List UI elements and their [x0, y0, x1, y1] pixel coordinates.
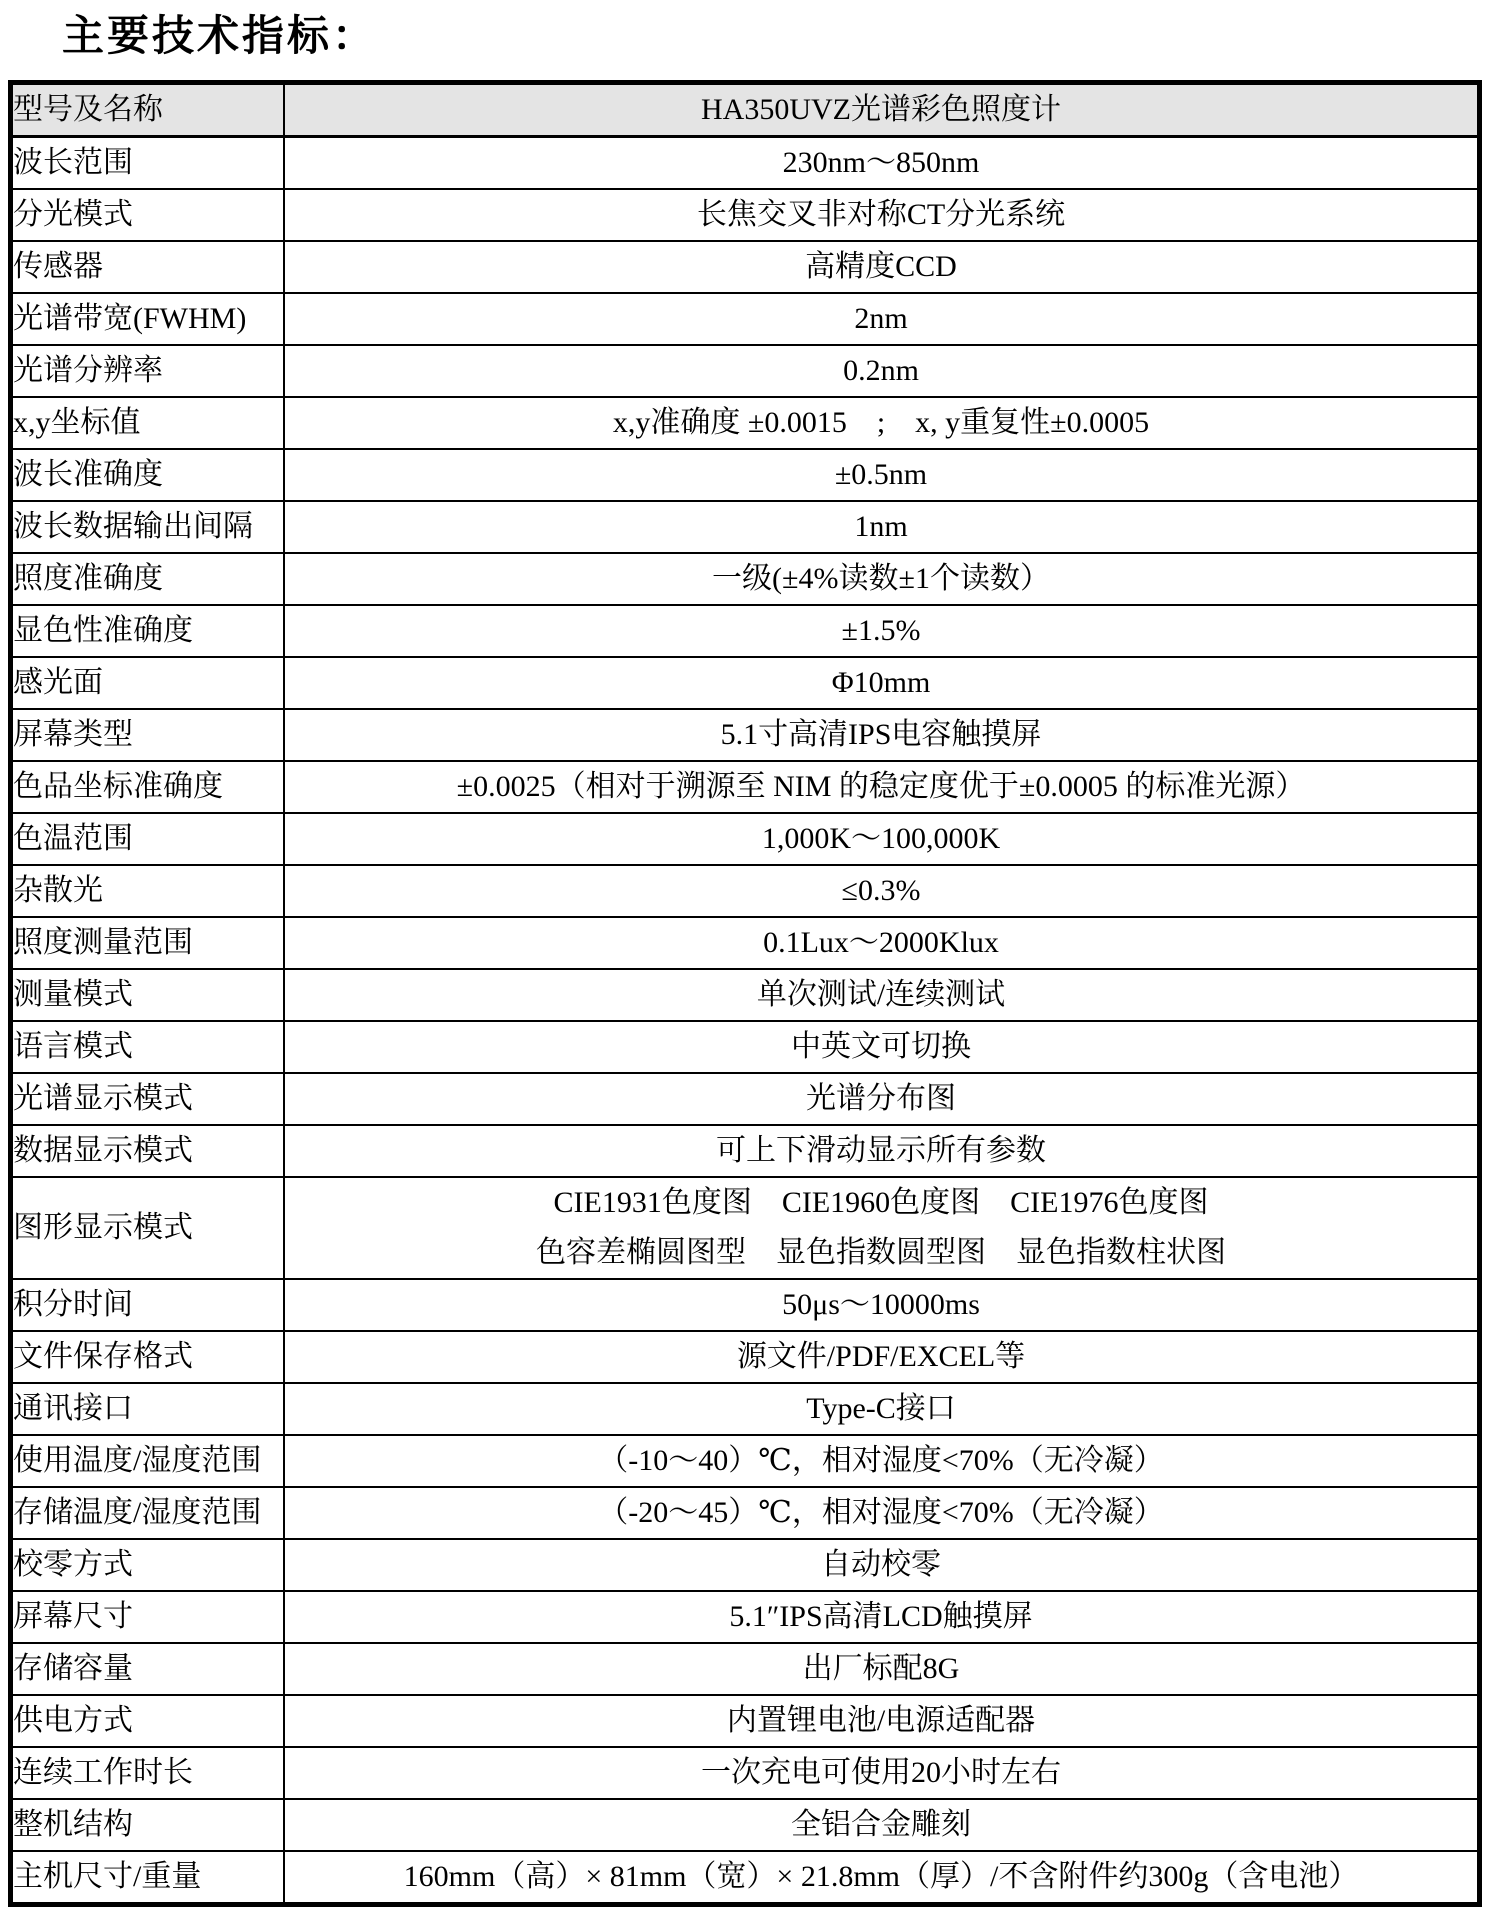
spec-label: 语言模式: [11, 1021, 285, 1073]
spec-value: 0.1Lux～2000Klux: [284, 917, 1480, 969]
table-row: 存储温度/湿度范围（-20～45）℃，相对湿度<70%（无冷凝）: [11, 1487, 1480, 1539]
spec-label: 杂散光: [11, 865, 285, 917]
spec-label: 色品坐标准确度: [11, 761, 285, 813]
table-row: 波长准确度±0.5nm: [11, 449, 1480, 501]
table-row: 传感器高精度CCD: [11, 241, 1480, 293]
spec-value: HA350UVZ光谱彩色照度计: [284, 83, 1480, 137]
spec-table: 型号及名称HA350UVZ光谱彩色照度计波长范围230nm～850nm分光模式长…: [8, 80, 1482, 1907]
spec-value: 可上下滑动显示所有参数: [284, 1125, 1480, 1177]
table-row: 杂散光≤0.3%: [11, 865, 1480, 917]
table-row: 感光面Φ10mm: [11, 657, 1480, 709]
spec-value: （-20～45）℃，相对湿度<70%（无冷凝）: [284, 1487, 1480, 1539]
spec-value: ±0.0025（相对于溯源至 NIM 的稳定度优于±0.0005 的标准光源）: [284, 761, 1480, 813]
spec-label: 存储温度/湿度范围: [11, 1487, 285, 1539]
spec-value: 230nm～850nm: [284, 137, 1480, 190]
spec-value: 自动校零: [284, 1539, 1480, 1591]
spec-label: 照度准确度: [11, 553, 285, 605]
spec-value: 1nm: [284, 501, 1480, 553]
table-row: 屏幕尺寸5.1″IPS高清LCD触摸屏: [11, 1591, 1480, 1643]
spec-label: 波长数据输出间隔: [11, 501, 285, 553]
table-row: 校零方式自动校零: [11, 1539, 1480, 1591]
table-row: 供电方式内置锂电池/电源适配器: [11, 1695, 1480, 1747]
spec-value: 160mm（高）× 81mm（宽）× 21.8mm（厚）/不含附件约300g（含…: [284, 1851, 1480, 1905]
spec-label: 屏幕尺寸: [11, 1591, 285, 1643]
spec-value: 2nm: [284, 293, 1480, 345]
spec-label: 校零方式: [11, 1539, 285, 1591]
spec-value: ±1.5%: [284, 605, 1480, 657]
spec-value: Type-C接口: [284, 1383, 1480, 1435]
spec-label: 光谱分辨率: [11, 345, 285, 397]
table-row: 主机尺寸/重量160mm（高）× 81mm（宽）× 21.8mm（厚）/不含附件…: [11, 1851, 1480, 1905]
table-row: 文件保存格式源文件/PDF/EXCEL等: [11, 1331, 1480, 1383]
spec-value: 5.1″IPS高清LCD触摸屏: [284, 1591, 1480, 1643]
spec-label: 光谱带宽(FWHM): [11, 293, 285, 345]
spec-value: Φ10mm: [284, 657, 1480, 709]
spec-label: 积分时间: [11, 1279, 285, 1331]
spec-label: 传感器: [11, 241, 285, 293]
spec-value: ±0.5nm: [284, 449, 1480, 501]
table-row: 通讯接口Type-C接口: [11, 1383, 1480, 1435]
spec-value: 高精度CCD: [284, 241, 1480, 293]
table-row: 测量模式单次测试/连续测试: [11, 969, 1480, 1021]
spec-label: x,y坐标值: [11, 397, 285, 449]
table-row: 图形显示模式CIE1931色度图 CIE1960色度图 CIE1976色度图 色…: [11, 1177, 1480, 1279]
table-row: 光谱带宽(FWHM)2nm: [11, 293, 1480, 345]
spec-value: 内置锂电池/电源适配器: [284, 1695, 1480, 1747]
page-title: 主要技术指标：: [0, 0, 1488, 62]
table-row: 数据显示模式可上下滑动显示所有参数: [11, 1125, 1480, 1177]
spec-label: 显色性准确度: [11, 605, 285, 657]
table-row: 色温范围1,000K～100,000K: [11, 813, 1480, 865]
table-row: 照度测量范围0.1Lux～2000Klux: [11, 917, 1480, 969]
spec-label: 图形显示模式: [11, 1177, 285, 1279]
spec-label: 型号及名称: [11, 83, 285, 137]
spec-label: 感光面: [11, 657, 285, 709]
spec-value: 50μs～10000ms: [284, 1279, 1480, 1331]
spec-label: 测量模式: [11, 969, 285, 1021]
spec-value: ≤0.3%: [284, 865, 1480, 917]
table-row: 光谱显示模式光谱分布图: [11, 1073, 1480, 1125]
spec-table-body: 型号及名称HA350UVZ光谱彩色照度计波长范围230nm～850nm分光模式长…: [11, 83, 1480, 1905]
table-row: 光谱分辨率0.2nm: [11, 345, 1480, 397]
spec-label: 波长范围: [11, 137, 285, 190]
spec-value: 5.1寸高清IPS电容触摸屏: [284, 709, 1480, 761]
spec-label: 使用温度/湿度范围: [11, 1435, 285, 1487]
spec-value: 出厂标配8G: [284, 1643, 1480, 1695]
spec-label: 照度测量范围: [11, 917, 285, 969]
spec-label: 波长准确度: [11, 449, 285, 501]
spec-value: 中英文可切换: [284, 1021, 1480, 1073]
spec-label: 存储容量: [11, 1643, 285, 1695]
spec-value: 单次测试/连续测试: [284, 969, 1480, 1021]
spec-label: 光谱显示模式: [11, 1073, 285, 1125]
table-row: 连续工作时长一次充电可使用20小时左右: [11, 1747, 1480, 1799]
spec-value: （-10～40）℃，相对湿度<70%（无冷凝）: [284, 1435, 1480, 1487]
spec-label: 分光模式: [11, 189, 285, 241]
spec-label: 文件保存格式: [11, 1331, 285, 1383]
spec-label: 屏幕类型: [11, 709, 285, 761]
spec-label: 通讯接口: [11, 1383, 285, 1435]
document-page: 主要技术指标： 型号及名称HA350UVZ光谱彩色照度计波长范围230nm～85…: [0, 0, 1488, 1920]
spec-value: 一次充电可使用20小时左右: [284, 1747, 1480, 1799]
table-row: 使用温度/湿度范围（-10～40）℃，相对湿度<70%（无冷凝）: [11, 1435, 1480, 1487]
spec-value: CIE1931色度图 CIE1960色度图 CIE1976色度图 色容差椭圆图型…: [284, 1177, 1480, 1279]
spec-value: 光谱分布图: [284, 1073, 1480, 1125]
spec-label: 主机尺寸/重量: [11, 1851, 285, 1905]
table-row: x,y坐标值x,y准确度 ±0.0015 ; x, y重复性±0.0005: [11, 397, 1480, 449]
spec-value: 0.2nm: [284, 345, 1480, 397]
spec-label: 整机结构: [11, 1799, 285, 1851]
spec-value: 一级(±4%读数±1个读数）: [284, 553, 1480, 605]
table-row: 存储容量出厂标配8G: [11, 1643, 1480, 1695]
table-row: 型号及名称HA350UVZ光谱彩色照度计: [11, 83, 1480, 137]
table-row: 整机结构全铝合金雕刻: [11, 1799, 1480, 1851]
spec-label: 供电方式: [11, 1695, 285, 1747]
table-row: 显色性准确度±1.5%: [11, 605, 1480, 657]
spec-label: 连续工作时长: [11, 1747, 285, 1799]
table-row: 波长范围230nm～850nm: [11, 137, 1480, 190]
table-row: 分光模式长焦交叉非对称CT分光系统: [11, 189, 1480, 241]
table-row: 色品坐标准确度±0.0025（相对于溯源至 NIM 的稳定度优于±0.0005 …: [11, 761, 1480, 813]
spec-value: 全铝合金雕刻: [284, 1799, 1480, 1851]
table-row: 语言模式中英文可切换: [11, 1021, 1480, 1073]
table-row: 波长数据输出间隔1nm: [11, 501, 1480, 553]
spec-value: 源文件/PDF/EXCEL等: [284, 1331, 1480, 1383]
table-row: 积分时间50μs～10000ms: [11, 1279, 1480, 1331]
spec-label: 色温范围: [11, 813, 285, 865]
table-row: 屏幕类型5.1寸高清IPS电容触摸屏: [11, 709, 1480, 761]
table-row: 照度准确度一级(±4%读数±1个读数）: [11, 553, 1480, 605]
spec-label: 数据显示模式: [11, 1125, 285, 1177]
spec-value: x,y准确度 ±0.0015 ; x, y重复性±0.0005: [284, 397, 1480, 449]
spec-value: 长焦交叉非对称CT分光系统: [284, 189, 1480, 241]
spec-value: 1,000K～100,000K: [284, 813, 1480, 865]
